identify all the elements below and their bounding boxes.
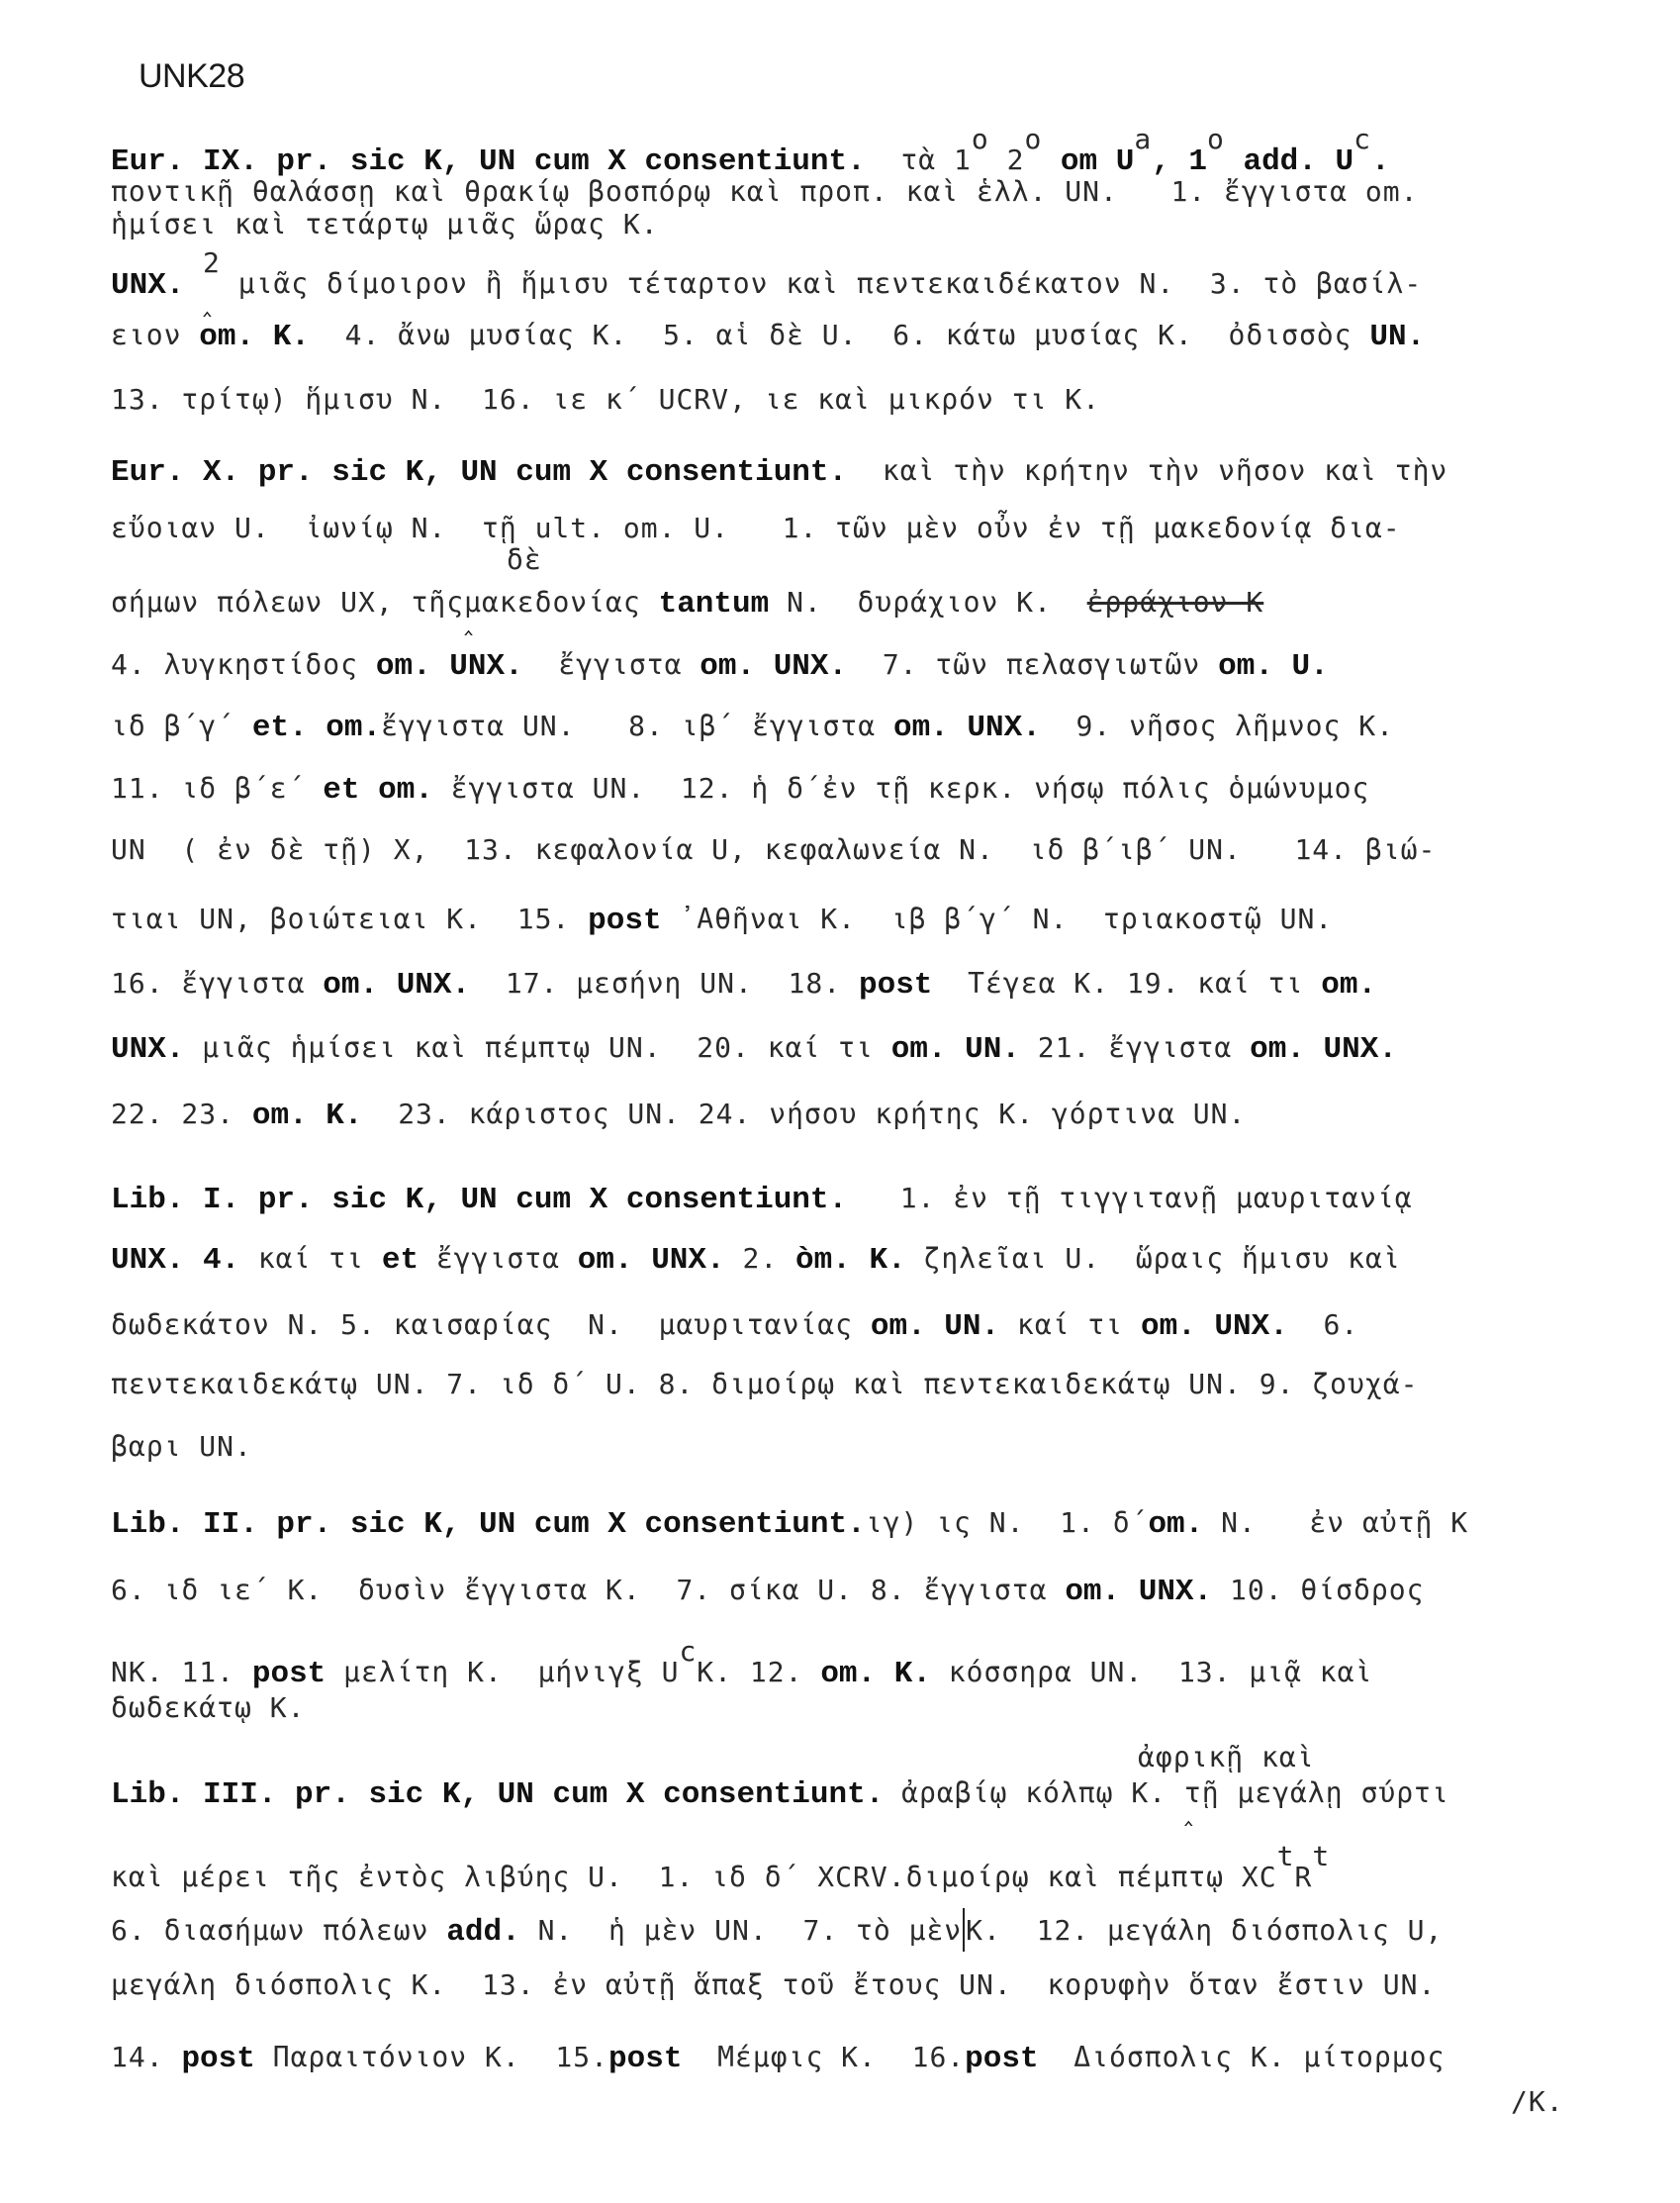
text-segment: om. K. — [252, 1099, 363, 1133]
text-segment: /K. — [1511, 2085, 1564, 2118]
text-line: UNX. μιᾶς ἡμίσει καὶ πέμπτῳ UN. 20. καί … — [111, 1034, 1397, 1065]
text-line: 6. διασήμων πόλεων add. N. ἡ μὲν UN. 7. … — [111, 1908, 1443, 1952]
page-label: UNK28 — [139, 57, 244, 96]
superscript-text: 2 — [203, 246, 221, 279]
text-line: 13. τρίτῳ) ἥμισυ N. 16. ιε κ΄ UCRV, ιε κ… — [111, 386, 1100, 417]
text-line: ποντικῇ θαλάσσῃ καὶ θρακίῳ βοσπόρῳ καὶ π… — [111, 178, 1418, 209]
text-segment: ζηλεῖαι U. ὥραις ἥμισυ καὶ — [906, 1242, 1401, 1275]
text-segment: καὶ μέρει τῆς ἐντὸς λιβύης U. 1. ιδ δ΄ X… — [111, 1861, 1277, 1893]
text-line: δωδεκάτῳ K. — [111, 1694, 305, 1725]
superscript-text: o — [972, 123, 989, 155]
text-segment: Eur. IX. pr. sic K, UN cum X consentiunt… — [111, 144, 866, 179]
text-line: πεντεκαιδεκάτῳ UN. 7. ιδ δ΄ U. 8. διμοίρ… — [111, 1371, 1418, 1401]
text-segment: δὲ — [507, 543, 542, 576]
text-segment: ιγ) ις N. 1. δ΄ — [866, 1506, 1149, 1539]
text-segment: σήμων πόλεων UX, τῆς — [111, 586, 464, 619]
text-line: σήμων πόλεων UX, τῆς‸μακεδονίας tantum N… — [111, 589, 1263, 620]
text-segment: 10. θίσδρος — [1212, 1574, 1424, 1606]
text-line: /K. — [1511, 2088, 1564, 2119]
text-segment: Παραιτόνιον K. 15. — [255, 2041, 608, 2073]
text-segment: om. — [1321, 968, 1376, 1003]
text-segment: 21. ἔγγιστα — [1020, 1031, 1250, 1064]
text-segment: UN. — [1369, 320, 1425, 354]
superscript-text: o — [1207, 123, 1225, 155]
text-segment: N. ἐν αὐτῇ K — [1203, 1506, 1468, 1539]
text-segment: 7. τῶν πελασγιωτῶν — [847, 648, 1218, 681]
text-line: καὶ μέρει τῆς ἐντὸς λιβύης U. 1. ιδ δ΄ X… — [111, 1843, 1330, 1894]
text-segment: Lib. III. pr. sic K, UN cum X consentiun… — [111, 1777, 884, 1812]
text-segment: om. UN. — [871, 1309, 999, 1344]
text-segment: ᾿Αθῆναι K. ιβ β΄γ΄ N. τριακοστῷ UN. — [662, 903, 1334, 935]
text-segment: ἔγγιστα UN. 8. ιβ΄ ἔγγιστα — [381, 710, 893, 742]
text-line: Eur. IX. pr. sic K, UN cum X consentiunt… — [111, 126, 1390, 177]
text-line: UN ( ἐν δὲ τῇ) X, 13. κεφαλονία U, κεφαλ… — [111, 836, 1436, 867]
struck-text: ἐρράχιον K — [1087, 586, 1264, 619]
text-line: Lib. III. pr. sic K, UN cum X consentiun… — [111, 1779, 1449, 1810]
text-segment: μεγάλη διόσπολις K. 13. ἐν αὐτῇ ἅπαξ τοῦ… — [111, 1968, 1436, 2001]
text-segment: tantum — [659, 587, 770, 622]
text-segment: 17. μεσήνη UN. 18. — [470, 967, 859, 1000]
text-segment: Lib. II. pr. sic K, UN cum X consentiunt… — [111, 1507, 866, 1542]
text-segment: μελίτη K. μήνιγξ U — [326, 1656, 679, 1688]
text-segment: ἔγγιστα — [419, 1242, 578, 1275]
text-segment: om. UNX. — [1141, 1309, 1288, 1344]
text-line: βαρι UN. — [111, 1433, 252, 1464]
text-line: NK. 11. post μελίτη K. μήνιγξ UcK. 12. o… — [111, 1638, 1372, 1689]
text-segment: μιᾶς ἡμίσει καὶ πέμπτῳ UN. 20. καί τι — [184, 1031, 890, 1064]
text-segment: ἔγγιστα UN. 12. ἡ δ΄ἐν τῇ κερκ. νήσῳ πόλ… — [433, 772, 1369, 805]
superscript-text: a — [1134, 123, 1152, 155]
superscript-text: o — [1024, 123, 1042, 155]
text-segment: om. K. — [820, 1657, 931, 1691]
text-segment: εὔοιαν U. ἰωνίῳ N. τῇ ult. om. U. 1. τῶν… — [111, 512, 1401, 544]
text-segment: om. UNX. — [1065, 1575, 1212, 1609]
text-segment: 6. — [1288, 1308, 1358, 1341]
text-segment: UNX. — [111, 1032, 184, 1067]
text-segment: om. UNX. — [578, 1243, 725, 1278]
text-segment: Διόσπολις K. μίτορμος — [1039, 2041, 1446, 2073]
text-segment: καὶ τὴν κρήτην τὴν νῆσον καὶ τὴν — [847, 454, 1447, 487]
text-segment: . — [1371, 144, 1390, 179]
text-segment: om. UNX. — [323, 968, 470, 1003]
superscript-text: t — [1312, 1840, 1330, 1872]
text-segment: om. UNX. — [376, 649, 523, 684]
text-segment: ἔγγιστα — [523, 648, 700, 681]
text-line: 4. λυγκηστίδος om. UNX. ἔγγιστα om. UNX.… — [111, 651, 1329, 682]
text-segment: καί τι — [999, 1308, 1141, 1341]
text-line: ἡμίσει καὶ τετάρτῳ μιᾶς ὥρας K. — [111, 211, 659, 241]
text-line: 14. post Παραιτόνιον K. 15.post Μέμφις K… — [111, 2044, 1445, 2074]
text-line: 16. ἔγγιστα om. UNX. 17. μεσήνη UN. 18. … — [111, 970, 1376, 1001]
text-segment: add. U — [1225, 144, 1353, 179]
text-segment: βαρι UN. — [111, 1430, 252, 1463]
text-segment: δωδεκάτον N. 5. καισαρίας N. μαυριτανίας — [111, 1308, 871, 1341]
text-segment: om. K. — [199, 320, 310, 354]
text-segment: post — [588, 904, 661, 938]
superscript-text: c — [679, 1635, 697, 1668]
text-segment: 16. ἔγγιστα — [111, 967, 323, 1000]
text-segment: om. U. — [1218, 649, 1329, 684]
text-segment: et — [382, 1243, 419, 1278]
text-segment: N. δυράχιον K. — [769, 586, 1086, 619]
text-segment: ποντικῇ θαλάσσῃ καὶ θρακίῳ βοσπόρῳ καὶ π… — [111, 175, 1418, 208]
text-segment: 2 — [989, 144, 1025, 176]
text-segment: 2. — [725, 1242, 795, 1275]
text-segment: UNX. 4. — [111, 1243, 258, 1278]
text-segment: om. UNX. — [1250, 1032, 1397, 1067]
text-segment: ειον — [111, 319, 199, 351]
text-segment: Τέγεα K. 19. καί τι — [932, 967, 1321, 1000]
text-segment: μακεδονίας — [464, 586, 658, 619]
text-segment: τῇ μεγάλῃ σύρτι — [1184, 1776, 1449, 1809]
text-segment: om. UNX. — [893, 711, 1041, 745]
text-segment: πεντεκαιδεκάτῳ UN. 7. ιδ δ΄ U. 8. διμοίρ… — [111, 1368, 1418, 1400]
text-segment: δωδεκάτῳ K. — [111, 1691, 305, 1724]
text-segment: om. UN. — [891, 1032, 1020, 1067]
text-segment: K. 12. μεγάλη διόσπολις U, — [966, 1914, 1443, 1947]
text-segment: om. — [1148, 1507, 1203, 1542]
text-segment: UNX. — [111, 268, 203, 303]
text-line: ιδ β΄γ΄ et. om.ἔγγιστα UN. 8. ιβ΄ ἔγγιστ… — [111, 713, 1394, 743]
text-segment: , 1 — [1152, 144, 1207, 179]
text-segment: μιᾶς δίμοιρον ἢ ἥμισυ τέταρτον καὶ πεντε… — [221, 267, 1422, 300]
text-segment: 22. 23. — [111, 1098, 252, 1130]
text-segment: 4. ἄνω μυσίας K. 5. αἱ δὲ U. 6. κάτω μυσ… — [310, 319, 1369, 351]
text-segment: 13. τρίτῳ) ἥμισυ N. 16. ιε κ΄ UCRV, ιε κ… — [111, 383, 1100, 416]
text-segment: Μέμφις K. 16. — [682, 2041, 965, 2073]
text-line: τιαι UN, βοιώτειαι K. 15. post ᾿Αθῆναι K… — [111, 906, 1333, 936]
text-segment: τιαι UN, βοιώτειαι K. 15. — [111, 903, 588, 935]
text-segment: 14. — [111, 2041, 181, 2073]
text-line: ἀφρικῇ καὶ — [1138, 1744, 1315, 1774]
text-segment: UN ( ἐν δὲ τῇ) X, 13. κεφαλονία U, κεφαλ… — [111, 833, 1436, 866]
text-segment: add. — [446, 1915, 519, 1950]
superscript-text: c — [1353, 123, 1371, 155]
text-line: 22. 23. om. K. 23. κάριστος UN. 24. νήσο… — [111, 1101, 1246, 1131]
superscript-text: t — [1277, 1840, 1295, 1872]
text-segment: post — [965, 2042, 1038, 2076]
text-segment: 6. διασήμων πόλεων — [111, 1914, 446, 1947]
text-segment: ιδ β΄γ΄ — [111, 710, 252, 742]
text-segment: κόσσηρα UN. 13. μιᾷ καὶ — [931, 1656, 1372, 1688]
text-line: δὲ — [507, 546, 542, 577]
text-segment: post — [181, 2042, 254, 2076]
text-segment: N. ἡ μὲν UN. 7. τὸ μὲν — [520, 1914, 962, 1947]
text-line: δωδεκάτον N. 5. καισαρίας N. μαυριτανίας… — [111, 1311, 1358, 1342]
text-segment: Lib. I. pr. sic K, UN cum X consentiunt. — [111, 1183, 847, 1217]
text-segment: 4. λυγκηστίδος — [111, 648, 376, 681]
text-segment: post — [252, 1657, 326, 1691]
text-line: 6. ιδ ιε΄ K. δυσὶν ἔγγιστα K. 7. σίκα U.… — [111, 1577, 1424, 1607]
text-segment: et om. — [323, 773, 433, 808]
text-segment: om U — [1042, 144, 1134, 179]
text-segment: K. 12. — [697, 1656, 820, 1688]
text-segment: et. om. — [252, 711, 381, 745]
text-line: ειον om. K. 4. ἄνω μυσίας K. 5. αἱ δὲ U.… — [111, 322, 1425, 352]
text-segment: 6. ιδ ιε΄ K. δυσὶν ἔγγιστα K. 7. σίκα U.… — [111, 1574, 1065, 1606]
text-segment: καί τι — [258, 1242, 382, 1275]
text-segment: NK. 11. — [111, 1656, 252, 1688]
text-line: Eur. X. pr. sic K, UN cum X consentiunt.… — [111, 457, 1447, 488]
text-segment: om. UNX. — [700, 649, 847, 684]
text-segment: ἡμίσει καὶ τετάρτῳ μιᾶς ὥρας K. — [111, 208, 659, 240]
text-segment: 9. νῆσος λῆμνος K. — [1041, 710, 1394, 742]
text-line: UNX. ‸2 μιᾶς δίμοιρον ἢ ἥμισυ τέταρτον κ… — [111, 249, 1422, 301]
text-segment: ἀραβίῳ κόλπῳ K. — [884, 1776, 1184, 1809]
text-segment: post — [608, 2042, 682, 2076]
document-page: UNK28 Eur. IX. pr. sic K, UN cum X conse… — [0, 0, 1680, 2203]
text-line: Lib. I. pr. sic K, UN cum X consentiunt.… — [111, 1185, 1413, 1215]
text-segment: Eur. X. pr. sic K, UN cum X consentiunt. — [111, 455, 847, 490]
text-segment: ἀφρικῇ καὶ — [1138, 1741, 1315, 1773]
text-segment: post — [859, 968, 932, 1003]
text-line: UNX. 4. καί τι et ἔγγιστα om. UNX. 2. òm… — [111, 1245, 1401, 1276]
text-line: Lib. II. pr. sic K, UN cum X consentiunt… — [111, 1509, 1468, 1540]
text-segment: R — [1294, 1861, 1312, 1893]
vertical-bar-mark — [963, 1908, 965, 1952]
text-segment: 11. ιδ β΄ε΄ — [111, 772, 323, 805]
text-line: μεγάλη διόσπολις K. 13. ἐν αὐτῇ ἅπαξ τοῦ… — [111, 1971, 1436, 2002]
text-line: εὔοιαν U. ἰωνίῳ N. τῇ ult. om. U. 1. τῶν… — [111, 515, 1401, 545]
text-line: 11. ιδ β΄ε΄ et om. ἔγγιστα UN. 12. ἡ δ΄ἐ… — [111, 775, 1369, 806]
text-segment: 1. ἐν τῇ τιγγιτανῇ μαυριτανίᾳ — [847, 1182, 1412, 1214]
text-segment: τὰ 1 — [866, 144, 972, 176]
text-segment: òm. K. — [795, 1243, 906, 1278]
text-segment: 23. κάριστος UN. 24. νήσου κρήτης K. γόρ… — [362, 1098, 1246, 1130]
